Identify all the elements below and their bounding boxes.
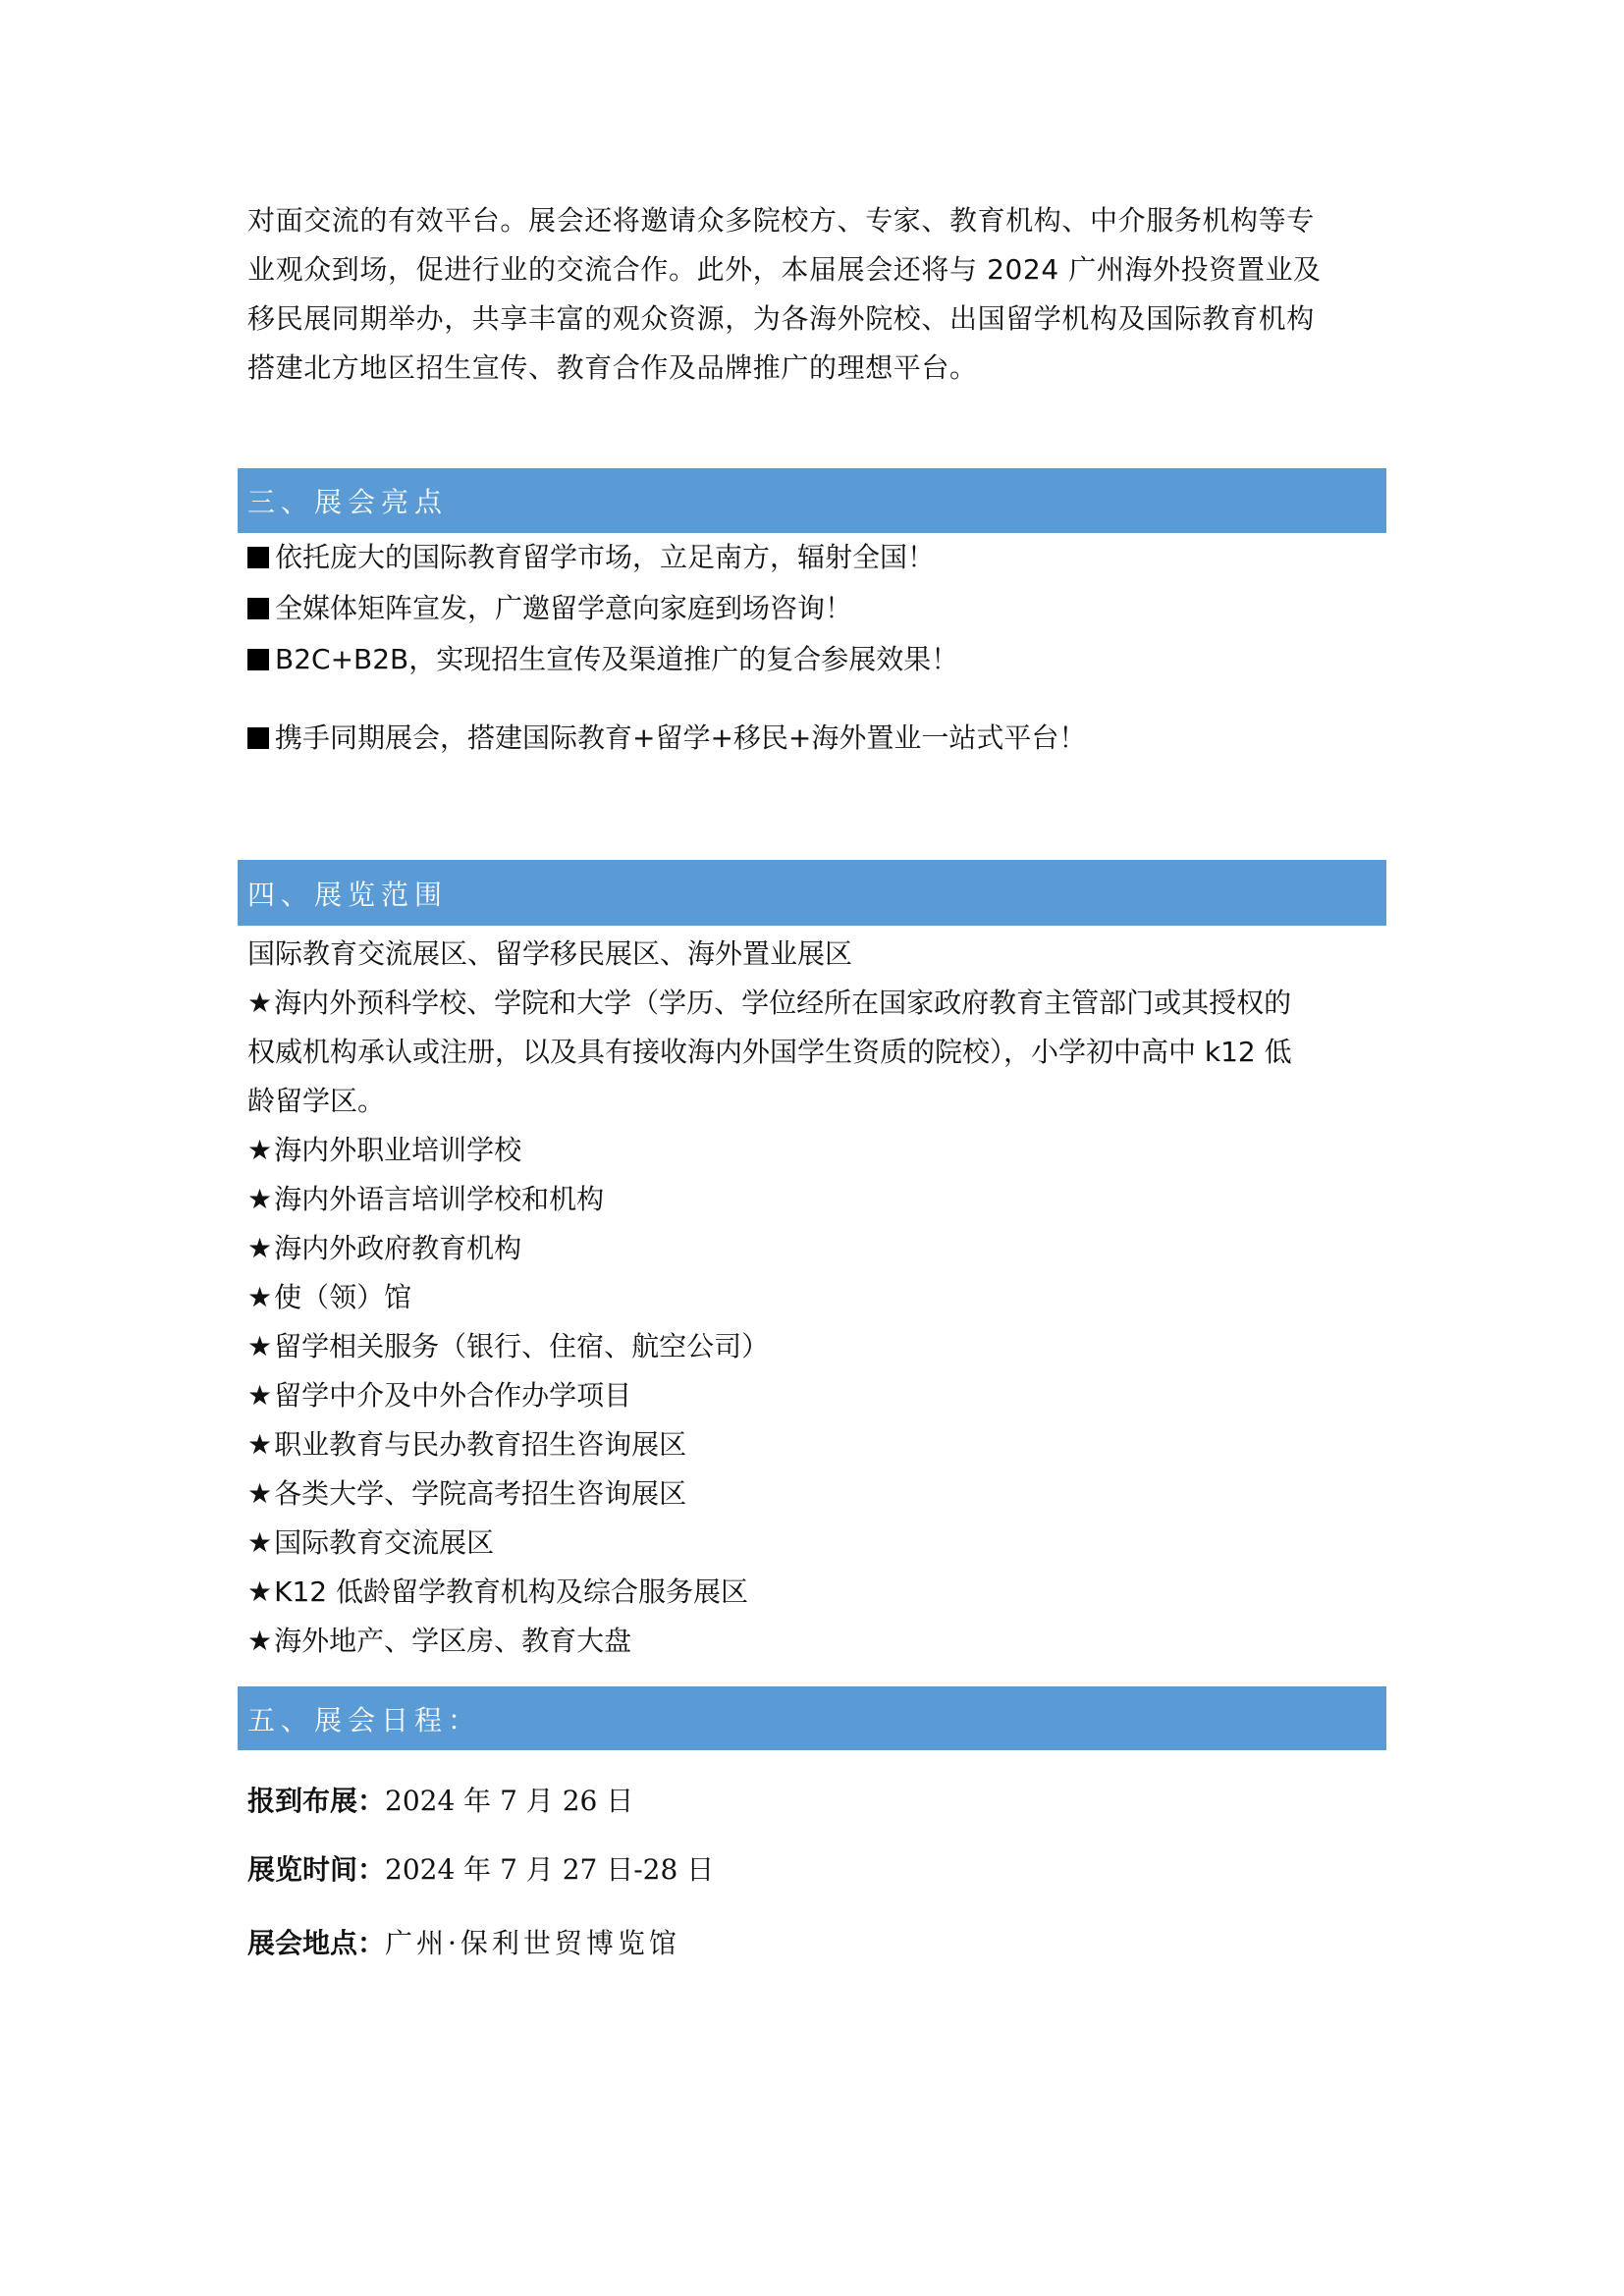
list-item-text: 使（领）馆 xyxy=(274,1281,411,1313)
list-item-text: 携手同期展会，搭建国际教育+留学+移民+海外置业一站式平台！ xyxy=(275,721,1086,754)
list-item: 全媒体矩阵宣发，广邀留学意向家庭到场咨询！ xyxy=(247,584,852,633)
black-star-icon: ★ xyxy=(247,1134,272,1166)
list-item-continuation: 权威机构承认或注册，以及具有接收海内外国学生资质的院校），小学初中高中 k12 … xyxy=(247,1028,1292,1077)
list-item: B2C+B2B，实现招生宣传及渠道推广的复合参展效果！ xyxy=(247,635,958,684)
list-item: ★海内外政府教育机构 xyxy=(247,1224,521,1273)
list-item-text: 海内外预科学校、学院和大学（学历、学位经所在国家政府教育主管部门或其授权的 xyxy=(274,987,1291,1019)
black-star-icon: ★ xyxy=(247,1281,272,1313)
list-item: ★职业教育与民办教育招生咨询展区 xyxy=(247,1420,686,1469)
black-star-icon: ★ xyxy=(247,1625,272,1657)
schedule-value: 2024 年 7 月 27 日-28 日 xyxy=(385,1853,714,1886)
list-item: ★海内外语言培训学校和机构 xyxy=(247,1175,604,1224)
schedule-row-exhibition-dates: 展览时间：2024 年 7 月 27 日-28 日 xyxy=(247,1845,714,1895)
list-item-continuation: 龄留学区。 xyxy=(247,1077,385,1126)
section-header-schedule: 五、展会日程： xyxy=(238,1686,1386,1750)
schedule-label: 展会地点： xyxy=(247,1927,385,1959)
section-title: 四、展览范围 xyxy=(247,860,448,926)
section-header-scope: 四、展览范围 xyxy=(238,860,1386,926)
list-item-text: 留学中介及中外合作办学项目 xyxy=(274,1379,631,1412)
list-item: ★海内外职业培训学校 xyxy=(247,1126,521,1175)
list-item: ★留学中介及中外合作办学项目 xyxy=(247,1371,631,1420)
intro-line: 业观众到场，促进行业的交流合作。此外，本届展会还将与 2024 广州海外投资置业… xyxy=(247,245,1322,294)
list-item-text: 海内外职业培训学校 xyxy=(274,1134,521,1166)
schedule-row-setup: 报到布展：2024 年 7 月 26 日 xyxy=(247,1777,633,1826)
list-item-text: 国际教育交流展区 xyxy=(274,1526,494,1559)
list-item: 依托庞大的国际教育留学市场，立足南方，辐射全国！ xyxy=(247,533,935,582)
schedule-value: 广州·保利世贸博览馆 xyxy=(385,1927,680,1959)
black-square-icon xyxy=(247,649,269,670)
list-item-text: 依托庞大的国际教育留学市场，立足南方，辐射全国！ xyxy=(275,541,935,573)
black-star-icon: ★ xyxy=(247,987,272,1019)
black-star-icon: ★ xyxy=(247,1575,272,1608)
list-item: ★K12 低龄留学教育机构及综合服务展区 xyxy=(247,1568,748,1617)
intro-line: 移民展同期举办，共享丰富的观众资源，为各海外院校、出国留学机构及国际教育机构 xyxy=(247,294,1315,344)
schedule-label: 展览时间： xyxy=(247,1853,385,1886)
list-item-text: 各类大学、学院高考招生咨询展区 xyxy=(274,1477,686,1510)
list-item: ★使（领）馆 xyxy=(247,1273,411,1322)
list-item-text: 海内外政府教育机构 xyxy=(274,1232,521,1264)
list-item-text: 海内外语言培训学校和机构 xyxy=(274,1183,604,1215)
black-square-icon xyxy=(247,598,269,619)
document-page: 对面交流的有效平台。展会还将邀请众多院校方、专家、教育机构、中介服务机构等专 业… xyxy=(0,0,1624,2296)
black-star-icon: ★ xyxy=(247,1183,272,1215)
list-item-text: 全媒体矩阵宣发，广邀留学意向家庭到场咨询！ xyxy=(275,592,852,624)
list-item-text: 海外地产、学区房、教育大盘 xyxy=(274,1625,631,1657)
black-square-icon xyxy=(247,727,269,749)
black-star-icon: ★ xyxy=(247,1232,272,1264)
list-item: ★留学相关服务（银行、住宿、航空公司） xyxy=(247,1322,769,1371)
black-star-icon: ★ xyxy=(247,1526,272,1559)
list-item: ★各类大学、学院高考招生咨询展区 xyxy=(247,1469,686,1519)
schedule-value: 2024 年 7 月 26 日 xyxy=(385,1785,633,1817)
scope-intro: 国际教育交流展区、留学移民展区、海外置业展区 xyxy=(247,930,852,979)
intro-line: 搭建北方地区招生宣传、教育合作及品牌推广的理想平台。 xyxy=(247,344,978,393)
schedule-row-venue: 展会地点：广州·保利世贸博览馆 xyxy=(247,1919,680,1968)
schedule-label: 报到布展： xyxy=(247,1785,385,1817)
black-square-icon xyxy=(247,547,269,568)
section-title: 五、展会日程： xyxy=(247,1686,481,1750)
list-item: ★国际教育交流展区 xyxy=(247,1519,494,1568)
list-item-text: K12 低龄留学教育机构及综合服务展区 xyxy=(274,1575,748,1608)
black-star-icon: ★ xyxy=(247,1330,272,1362)
list-item: 携手同期展会，搭建国际教育+留学+移民+海外置业一站式平台！ xyxy=(247,714,1086,763)
list-item-text: 留学相关服务（银行、住宿、航空公司） xyxy=(274,1330,769,1362)
section-title: 三、展会亮点 xyxy=(247,468,448,533)
intro-line: 对面交流的有效平台。展会还将邀请众多院校方、专家、教育机构、中介服务机构等专 xyxy=(247,196,1315,245)
section-header-highlights: 三、展会亮点 xyxy=(238,468,1386,533)
list-item-text: 职业教育与民办教育招生咨询展区 xyxy=(274,1428,686,1461)
black-star-icon: ★ xyxy=(247,1379,272,1412)
black-star-icon: ★ xyxy=(247,1428,272,1461)
list-item: ★海外地产、学区房、教育大盘 xyxy=(247,1617,631,1666)
black-star-icon: ★ xyxy=(247,1477,272,1510)
list-item-text: B2C+B2B，实现招生宣传及渠道推广的复合参展效果！ xyxy=(275,643,958,675)
list-item: ★海内外预科学校、学院和大学（学历、学位经所在国家政府教育主管部门或其授权的 xyxy=(247,979,1291,1028)
